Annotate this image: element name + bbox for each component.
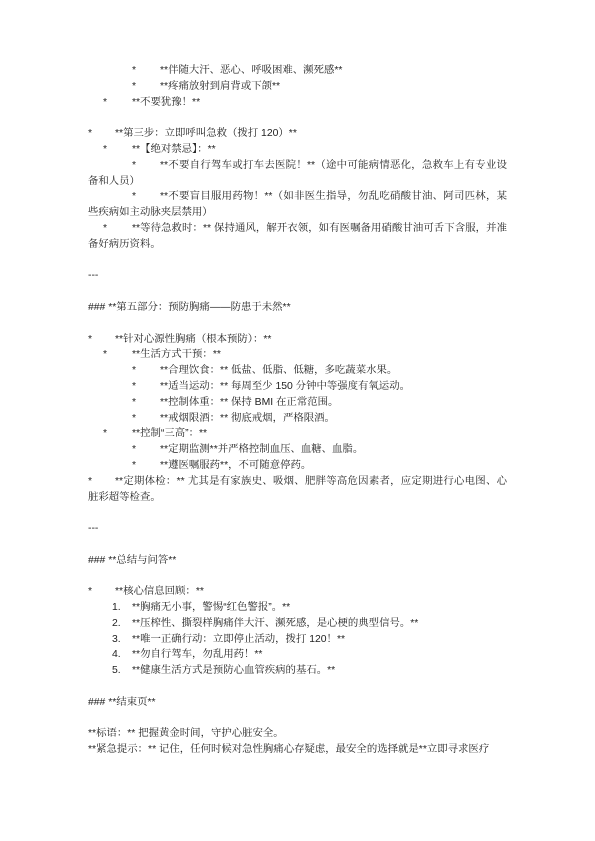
bullet-marker: * — [132, 158, 160, 174]
bullet-item: ***伴随大汗、恶心、呼吸困难、濒死感** — [88, 63, 507, 79]
bullet-item: ***适当运动：** 每周至少 150 分钟中等强度有氧运动。 — [88, 379, 507, 395]
bullet-item: ***【绝对禁忌】：** — [88, 142, 507, 158]
bullet-marker: * — [103, 221, 132, 237]
list-number: 3. — [112, 632, 132, 648]
bullet-item: ***疼痛放射到肩背或下颌** — [88, 79, 507, 95]
bullet-marker: * — [132, 442, 160, 458]
bullet-item: ***合理饮食：** 低盐、低脂、低糖，多吃蔬菜水果。 — [88, 363, 507, 379]
bullet-item: ***生活方式干预：** — [88, 347, 507, 363]
bullet-marker: * — [88, 474, 115, 490]
paragraph: **标语：** 把握黄金时间，守护心脏安全。 — [88, 726, 507, 742]
bullet-item: ***定期监测**并严格控制血压、血糖、血脂。 — [88, 442, 507, 458]
blank-line — [88, 711, 507, 727]
bullet-item: ***核心信息回顾：** — [88, 584, 507, 600]
line-text: **适当运动：** 每周至少 150 分钟中等强度有氧运动。 — [160, 381, 410, 392]
list-number: 1. — [112, 600, 132, 616]
line-text: **疼痛放射到肩背或下颌** — [160, 81, 280, 92]
blank-line — [88, 110, 507, 126]
line-text: ### **总结与问答** — [88, 555, 176, 566]
bullet-marker: * — [132, 379, 160, 395]
bullet-item: ***控制“三高”：** — [88, 426, 507, 442]
section-heading: ### **总结与问答** — [88, 553, 507, 569]
divider-text: --- — [88, 268, 507, 284]
blank-line — [88, 679, 507, 695]
line-text: **生活方式干预：** — [132, 349, 221, 360]
line-text: **胸痛无小事，警惕“红色警报”。** — [132, 602, 290, 613]
bullet-marker: * — [88, 126, 115, 142]
line-text: **遵医嘱服药**，不可随意停药。 — [160, 460, 311, 471]
numbered-item: 3.**唯一正确行动：立即停止活动，拨打 120！** — [88, 632, 507, 648]
line-text: ### **第五部分：预防胸痛——防患于未然** — [88, 302, 291, 313]
paragraph: **紧急提示：** 记住，任何时候对急性胸痛心存疑虑，最安全的选择就是**立即寻… — [88, 742, 507, 758]
blank-line — [88, 316, 507, 332]
line-text: **健康生活方式是预防心血管疾病的基石。** — [132, 665, 335, 676]
line-text: **【绝对禁忌】：** — [132, 144, 216, 155]
divider-text: --- — [88, 521, 507, 537]
bullet-item: ***第三步：立即呼叫急救（拨打 120）** — [88, 126, 507, 142]
list-number: 5. — [112, 663, 132, 679]
blank-line — [88, 505, 507, 521]
numbered-item: 1.**胸痛无小事，警惕“红色警报”。** — [88, 600, 507, 616]
bullet-marker: * — [103, 347, 132, 363]
line-text: **针对心源性胸痛（根本预防）：** — [115, 334, 271, 345]
bullet-marker: * — [132, 411, 160, 427]
bullet-item: ***等待急救时：** 保持通风，解开衣领，如有医嘱备用硝酸甘油可舌下含服，并准… — [88, 221, 507, 253]
section-heading: ### **结束页** — [88, 695, 507, 711]
bullet-item: ***定期体检：** 尤其是有家族史、吸烟、肥胖等高危因素者，应定期进行心电图、… — [88, 474, 507, 506]
line-text: **第三步：立即呼叫急救（拨打 120）** — [115, 128, 297, 139]
line-text: **伴随大汗、恶心、呼吸困难、濒死感** — [160, 65, 342, 76]
list-number: 4. — [112, 647, 132, 663]
line-text: **唯一正确行动：立即停止活动，拨打 120！** — [132, 634, 345, 645]
bullet-item: ***不要自行驾车或打车去医院！**（途中可能病情恶化，急救车上有专业设备和人员… — [88, 158, 507, 190]
line-text: **等待急救时：** 保持通风，解开衣领，如有医嘱备用硝酸甘油可舌下含服，并准备… — [88, 223, 507, 250]
bullet-marker: * — [132, 63, 160, 79]
bullet-marker: * — [132, 458, 160, 474]
bullet-marker: * — [103, 426, 132, 442]
list-number: 2. — [112, 616, 132, 632]
bullet-marker: * — [103, 95, 132, 111]
line-text: **控制“三高”：** — [132, 428, 207, 439]
line-text: **戒烟限酒：** 彻底戒烟，严格限酒。 — [160, 413, 335, 424]
bullet-marker: * — [88, 332, 115, 348]
line-text: **压榨性、撕裂样胸痛伴大汗、濒死感，是心梗的典型信号。** — [132, 618, 418, 629]
line-text: **紧急提示：** 记住，任何时候对急性胸痛心存疑虑，最安全的选择就是**立即寻… — [88, 744, 489, 755]
bullet-item: ***遵医嘱服药**，不可随意停药。 — [88, 458, 507, 474]
bullet-item: ***不要盲目服用药物！**（如非医生指导，勿乱吃硝酸甘油、阿司匹林，某些疾病如… — [88, 189, 507, 221]
blank-line — [88, 569, 507, 585]
bullet-item: ***针对心源性胸痛（根本预防）：** — [88, 332, 507, 348]
line-text: **控制体重：** 保持 BMI 在正常范围。 — [160, 397, 338, 408]
line-text: **标语：** 把握黄金时间，守护心脏安全。 — [88, 728, 284, 739]
numbered-item: 2.**压榨性、撕裂样胸痛伴大汗、濒死感，是心梗的典型信号。** — [88, 616, 507, 632]
document-page: ***伴随大汗、恶心、呼吸困难、濒死感*****疼痛放射到肩背或下颌*****不… — [0, 0, 595, 841]
line-text: --- — [88, 270, 98, 281]
line-text: --- — [88, 523, 98, 534]
line-text: **定期监测**并严格控制血压、血糖、血脂。 — [160, 444, 363, 455]
numbered-item: 4.**勿自行驾车，勿乱用药！** — [88, 647, 507, 663]
bullet-item: ***不要犹豫！** — [88, 95, 507, 111]
line-text: ### **结束页** — [88, 697, 156, 708]
line-text: **定期体检：** 尤其是有家族史、吸烟、肥胖等高危因素者，应定期进行心电图、心… — [88, 476, 507, 503]
bullet-marker: * — [103, 142, 132, 158]
bullet-marker: * — [132, 79, 160, 95]
blank-line — [88, 284, 507, 300]
blank-line — [88, 537, 507, 553]
blank-line — [88, 253, 507, 269]
bullet-marker: * — [88, 584, 115, 600]
line-text: **核心信息回顾：** — [115, 586, 204, 597]
bullet-marker: * — [132, 189, 160, 205]
bullet-marker: * — [132, 395, 160, 411]
line-text: **合理饮食：** 低盐、低脂、低糖，多吃蔬菜水果。 — [160, 365, 397, 376]
bullet-item: ***戒烟限酒：** 彻底戒烟，严格限酒。 — [88, 411, 507, 427]
bullet-item: ***控制体重：** 保持 BMI 在正常范围。 — [88, 395, 507, 411]
line-text: **勿自行驾车，勿乱用药！** — [132, 649, 262, 660]
line-text: **不要犹豫！** — [132, 97, 200, 108]
numbered-item: 5.**健康生活方式是预防心血管疾病的基石。** — [88, 663, 507, 679]
bullet-marker: * — [132, 363, 160, 379]
section-heading: ### **第五部分：预防胸痛——防患于未然** — [88, 300, 507, 316]
